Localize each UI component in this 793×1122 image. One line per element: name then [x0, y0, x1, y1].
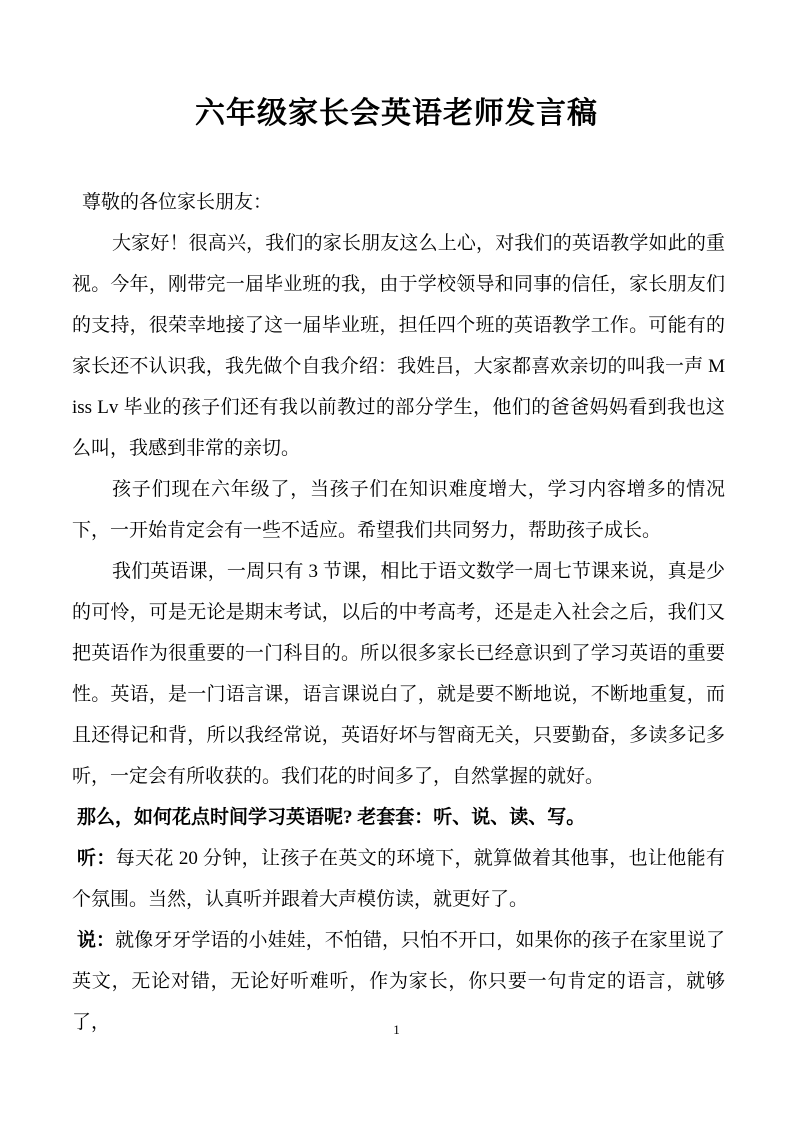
listen-text: 每天花 20 分钟，让孩子在英文的环境下，就算做着其他事，也让他能有个氛围。当然… [72, 848, 725, 910]
document-body: 尊敬的各位家长朋友： 大家好！很高兴，我们的家长朋友这么上心，对我们的英语教学如… [72, 182, 725, 1043]
page-number: 1 [0, 1020, 793, 1040]
paragraph-listen: 听：每天花 20 分钟，让孩子在英文的环境下，就算做着其他事，也让他能有个氛围。… [72, 838, 725, 920]
listen-label: 听： [77, 848, 116, 869]
document-title: 六年级家长会英语老师发言稿 [0, 92, 793, 136]
salutation-line: 尊敬的各位家长朋友： [72, 182, 725, 223]
speak-text: 就像牙牙学语的小娃娃，不怕错，只怕不开口，如果你的孩子在家里说了英文，无论对错，… [72, 930, 725, 1033]
paragraph-english-class: 我们英语课，一周只有 3 节课，相比于语文数学一周七节课来说，真是少的可怜，可是… [72, 551, 725, 797]
document-page: 六年级家长会英语老师发言稿 尊敬的各位家长朋友： 大家好！很高兴，我们的家长朋友… [0, 0, 793, 1122]
paragraph-grade-six: 孩子们现在六年级了，当孩子们在知识难度增大，学习内容增多的情况下，一开始肯定会有… [72, 469, 725, 551]
paragraph-introduction: 大家好！很高兴，我们的家长朋友这么上心，对我们的英语教学如此的重视。今年，刚带完… [72, 223, 725, 469]
section-heading-methods: 那么，如何花点时间学习英语呢? 老套套：听、说、读、写。 [72, 797, 725, 838]
speak-label: 说： [77, 930, 115, 951]
